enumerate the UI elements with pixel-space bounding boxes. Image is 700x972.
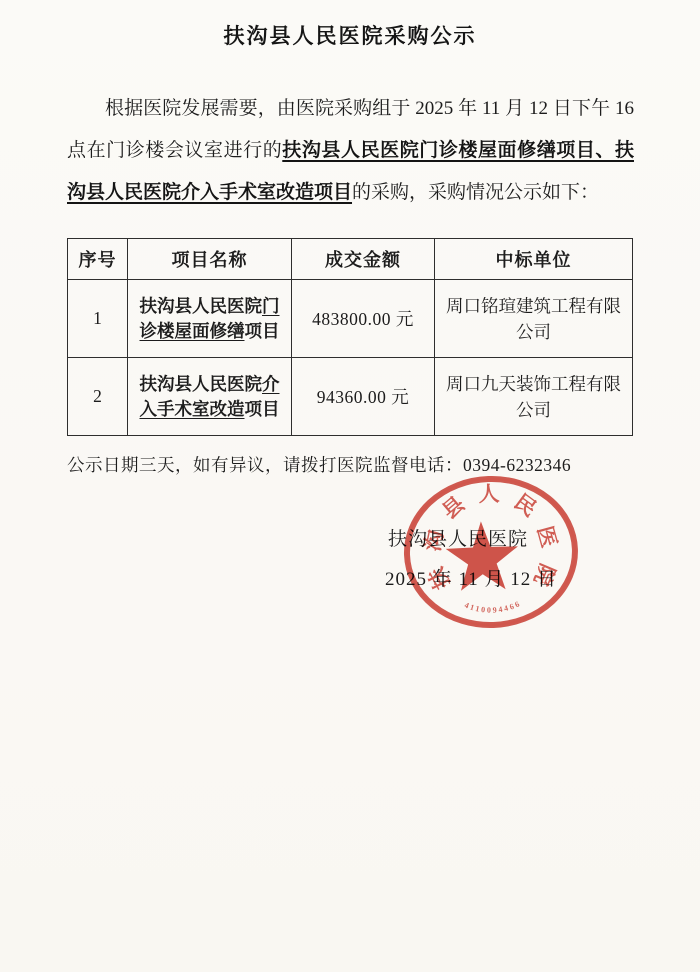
seal-char: 人	[478, 482, 500, 507]
row1-project-prefix: 扶沟县人民医院	[140, 296, 263, 316]
table-header-row: 序号 项目名称 成交金额 中标单位	[68, 239, 633, 280]
paragraph-text-tail: 的采购，采购情况公示如下：	[352, 182, 599, 203]
header-project-name: 项目名称	[128, 239, 292, 280]
seal-ring-inner-blur	[404, 476, 577, 628]
publicity-note: 公示日期三天，如有异议，请拨打医院监督电话：0394-6232346	[67, 452, 627, 477]
header-winner: 中标单位	[435, 239, 633, 280]
seal-ring	[404, 476, 577, 628]
row2-project-suffix: 项目	[245, 399, 280, 419]
row1-project-name: 扶沟县人民医院门诊楼屋面修缮项目	[128, 280, 292, 358]
row1-amount: 483800.00 元	[292, 280, 435, 358]
row2-project-name: 扶沟县人民医院介入手术室改造项目	[128, 358, 292, 436]
table-row: 1 扶沟县人民医院门诊楼屋面修缮项目 483800.00 元 周口铭瑄建筑工程有…	[68, 280, 633, 358]
row1-winner: 周口铭瑄建筑工程有限公司	[435, 280, 633, 358]
table-row: 2 扶沟县人民医院介入手术室改造项目 94360.00 元 周口九天装饰工程有限…	[68, 358, 633, 436]
official-seal-stamp: 扶 沟 县 人 民 医 院 4110094466	[398, 470, 583, 636]
row1-index: 1	[68, 280, 128, 358]
signature-organization: 扶沟县人民医院	[388, 524, 528, 551]
row2-amount: 94360.00 元	[292, 358, 435, 436]
document-page: 扶沟县人民医院采购公示 根据医院发展需要，由医院采购组于 2025 年 11 月…	[0, 0, 700, 972]
row2-winner: 周口九天装饰工程有限公司	[435, 358, 633, 436]
seal-char: 县	[438, 492, 470, 524]
header-amount: 成交金额	[292, 239, 435, 280]
seal-char: 医	[533, 523, 562, 550]
announcement-paragraph: 根据医院发展需要，由医院采购组于 2025 年 11 月 12 日下午 16 点…	[67, 88, 634, 214]
seal-serial-text: 4110094466	[463, 599, 523, 616]
row2-project-prefix: 扶沟县人民医院	[140, 374, 263, 394]
procurement-table: 序号 项目名称 成交金额 中标单位 1 扶沟县人民医院门诊楼屋面修缮项目 483…	[67, 238, 633, 436]
header-index: 序号	[68, 239, 128, 280]
seal-char: 民	[510, 489, 541, 521]
seal-serial-code: 4110094466	[463, 599, 523, 616]
page-title: 扶沟县人民医院采购公示	[0, 20, 700, 50]
row1-project-suffix: 项目	[245, 321, 280, 341]
signature-date: 2025 年 11 月 12 日	[385, 564, 557, 591]
row2-index: 2	[68, 358, 128, 436]
